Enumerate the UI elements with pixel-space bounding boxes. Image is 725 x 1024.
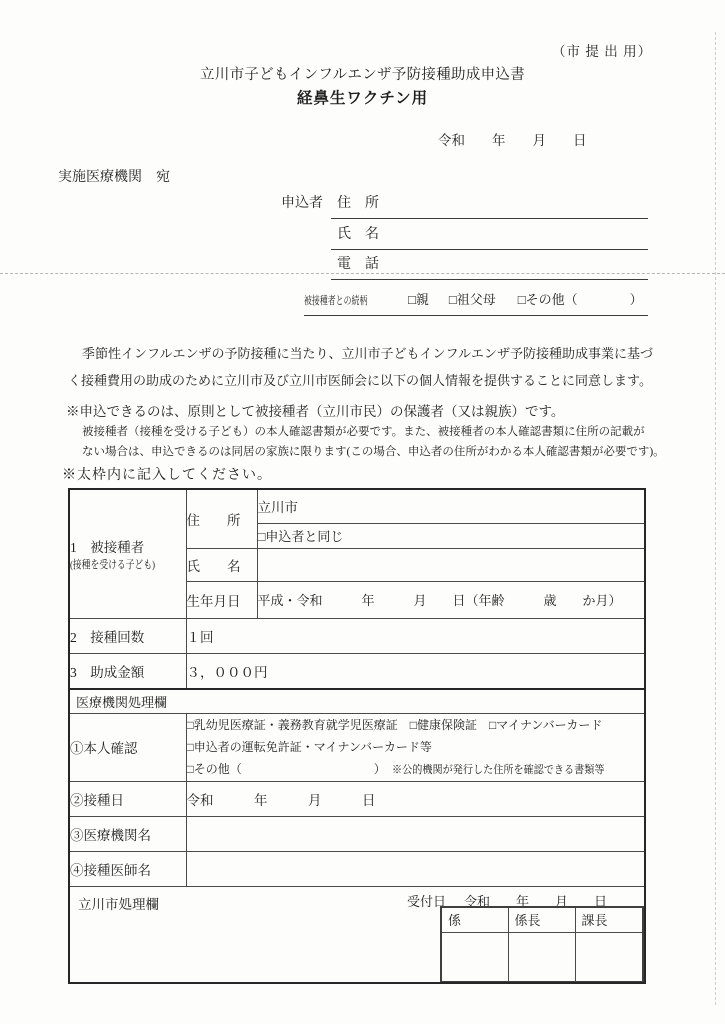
dose-count-value: １回 bbox=[187, 630, 214, 645]
name-value-cell bbox=[257, 548, 645, 581]
clinic-section-header-cell: 医療機関処理欄 bbox=[69, 689, 645, 713]
identity-option-line-3: □その他（ ）※公的機関が発行した住所を確認できる書類等 bbox=[187, 758, 645, 781]
approval-col-staff: 係 bbox=[441, 907, 508, 933]
checkbox-other-document: □その他（ ） bbox=[187, 762, 386, 776]
approval-stamp-table: 係 係長 課長 bbox=[440, 906, 644, 983]
consent-line-1: 季節性インフルエンザの予防接種に当たり、立川市子どもインフルエンザ予防接種助成事… bbox=[68, 340, 678, 367]
consent-line-2: く接種費用の助成のために立川市及び立川市医師会に以下の個人情報を提供することに同… bbox=[68, 367, 678, 394]
identity-label: ①本人確認 bbox=[70, 741, 138, 756]
clinic-name-value-cell bbox=[186, 816, 645, 851]
identity-option-line-2: □申込者の運転免許証・マイナンバーカード等 bbox=[187, 736, 645, 758]
scanned-form-page: （市 提 出 用） 立川市子どもインフルエンザ予防接種助成申込書 経鼻生ワクチン… bbox=[0, 0, 725, 1024]
applicant-phone-field: 電 話 bbox=[331, 253, 648, 280]
clinic-section-header: 医療機関処理欄 bbox=[76, 695, 167, 710]
address-label: 住 所 bbox=[187, 513, 241, 528]
subsidy-value-cell: ３，０００円 bbox=[186, 653, 645, 689]
page-title: 立川市子どもインフルエンザ予防接種助成申込書 bbox=[0, 63, 725, 84]
checkbox-drivers-license: □申込者の運転免許証・マイナンバーカード等 bbox=[187, 740, 432, 754]
approval-header-row: 係 係長 課長 bbox=[441, 907, 643, 933]
subsidy-value: ３，０００円 bbox=[187, 665, 268, 680]
dose-count-label: 2 接種回数 bbox=[70, 630, 144, 645]
checkbox-medical-certificate: □乳幼児医療証・義務教育就学児医療証 bbox=[187, 718, 398, 732]
application-table: 1 被接種者 (接種を受ける子ども) 住 所 立川市 □申込者と同じ 氏 名 bbox=[68, 488, 646, 984]
city-section-cell: 立川市処理欄 受付日令和 年 月 日 係 係長 課長 bbox=[69, 886, 645, 983]
approval-stamp-cell-manager bbox=[575, 932, 643, 982]
address-city-value: 立川市 bbox=[258, 500, 299, 515]
dob-label: 生年月日 bbox=[187, 594, 241, 609]
recipient-label-cell: 1 被接種者 (接種を受ける子ども) bbox=[69, 489, 186, 618]
subsidy-label: 3 助成金額 bbox=[70, 665, 144, 680]
dob-value: 平成・令和 年 月 日（年齢 歳 か月） bbox=[258, 593, 622, 608]
header-date-line: 令和 年 月 日 bbox=[438, 129, 587, 149]
applicant-name-label: 氏 名 bbox=[331, 227, 379, 242]
applicant-name-field: 氏 名 bbox=[331, 223, 648, 250]
table-row: 医療機関処理欄 bbox=[69, 689, 645, 713]
table-row: 1 被接種者 (接種を受ける子ども) 住 所 立川市 bbox=[69, 489, 645, 523]
vaccination-date-value-cell: 令和 年 月 日 bbox=[186, 781, 645, 816]
recipient-label: 1 被接種者 bbox=[70, 536, 186, 556]
scan-artifact-vertical-line bbox=[715, 32, 716, 1005]
address-same-cell: □申込者と同じ bbox=[257, 523, 645, 548]
relation-option-parent: □親 bbox=[408, 292, 429, 307]
relation-row: 被接種者との続柄□親□祖父母□その他（ ） bbox=[304, 289, 648, 316]
addressee-label: 実施医療機関 宛 bbox=[58, 166, 170, 186]
subsidy-label-cell: 3 助成金額 bbox=[69, 653, 186, 689]
relation-option-other: □その他（ ） bbox=[518, 292, 643, 307]
relation-label: 被接種者との続柄 bbox=[304, 292, 367, 308]
doctor-name-label: ④接種医師名 bbox=[70, 863, 151, 878]
scan-artifact-horizontal-line bbox=[0, 273, 725, 274]
doctor-name-value-cell bbox=[186, 851, 645, 886]
doctor-name-label-cell: ④接種医師名 bbox=[69, 851, 186, 886]
dob-value-cell: 平成・令和 年 月 日（年齢 歳 か月） bbox=[257, 581, 645, 618]
vaccination-date-value: 令和 年 月 日 bbox=[187, 793, 376, 808]
table-row: ④接種医師名 bbox=[69, 851, 645, 886]
dob-label-cell: 生年月日 bbox=[186, 581, 257, 618]
relation-option-grandparent: □祖父母 bbox=[449, 292, 496, 307]
approval-stamp-row bbox=[441, 932, 643, 982]
identity-options-cell: □乳幼児医療証・義務教育就学児医療証□健康保険証□マイナンバーカード □申込者の… bbox=[186, 713, 645, 781]
table-row: ①本人確認 □乳幼児医療証・義務教育就学児医療証□健康保険証□マイナンバーカード… bbox=[69, 713, 645, 781]
identity-label-cell: ①本人確認 bbox=[69, 713, 186, 781]
dose-count-value-cell: １回 bbox=[186, 618, 645, 653]
consent-paragraph: 季節性インフルエンザの予防接種に当たり、立川市子どもインフルエンザ予防接種助成事… bbox=[68, 340, 678, 394]
table-row: 2 接種回数 １回 bbox=[69, 618, 645, 653]
table-row: ③医療機関名 bbox=[69, 816, 645, 851]
name-label-cell: 氏 名 bbox=[186, 548, 257, 581]
note-eligibility: ※申込できるのは、原則として被接種者（立川市民）の保護者（又は親族）です。 bbox=[66, 400, 564, 420]
checkbox-mynumber-card: □マイナンバーカード bbox=[489, 718, 602, 732]
note-eligibility-detail-1: 被接種者（接種を受ける子ども）の本人確認書類が必要です。また、被接種者の本人確認… bbox=[82, 423, 645, 439]
vaccination-date-label-cell: ②接種日 bbox=[69, 781, 186, 816]
identity-other-note: ※公的機関が発行した住所を確認できる書類等 bbox=[392, 759, 605, 781]
clinic-name-label: ③医療機関名 bbox=[70, 828, 151, 843]
name-label: 氏 名 bbox=[187, 559, 241, 574]
applicant-address-label: 住 所 bbox=[331, 196, 379, 211]
address-city-cell: 立川市 bbox=[257, 489, 645, 523]
recipient-sublabel: (接種を受ける子ども) bbox=[70, 556, 155, 572]
corner-note: （市 提 出 用） bbox=[552, 40, 652, 60]
approval-stamp-cell-chief bbox=[508, 932, 575, 982]
note-bold-frame: ※太枠内に記入してください。 bbox=[62, 464, 272, 484]
approval-col-manager: 課長 bbox=[575, 907, 643, 933]
checkbox-health-insurance: □健康保険証 bbox=[410, 718, 477, 732]
table-row: 立川市処理欄 受付日令和 年 月 日 係 係長 課長 bbox=[69, 886, 645, 983]
applicant-address-field: 住 所 bbox=[331, 192, 648, 219]
identity-option-line-1: □乳幼児医療証・義務教育就学児医療証□健康保険証□マイナンバーカード bbox=[187, 714, 645, 736]
applicant-phone-label: 電 話 bbox=[331, 257, 379, 272]
approval-col-chief: 係長 bbox=[508, 907, 575, 933]
clinic-name-label-cell: ③医療機関名 bbox=[69, 816, 186, 851]
address-label-cell: 住 所 bbox=[186, 489, 257, 548]
city-section-label: 立川市処理欄 bbox=[78, 893, 159, 913]
dose-count-label-cell: 2 接種回数 bbox=[69, 618, 186, 653]
approval-stamp-cell-staff bbox=[441, 932, 508, 982]
vaccination-date-label: ②接種日 bbox=[70, 793, 124, 808]
table-row: ②接種日 令和 年 月 日 bbox=[69, 781, 645, 816]
table-row: 3 助成金額 ３，０００円 bbox=[69, 653, 645, 689]
applicant-label: 申込者 bbox=[281, 192, 323, 212]
page-subtitle: 経鼻生ワクチン用 bbox=[0, 86, 725, 108]
same-as-applicant-checkbox: □申込者と同じ bbox=[258, 529, 344, 544]
note-eligibility-detail-2: ない場合は、申込できるのは同居の家族に限ります(この場合、申込者の住所がわかる本… bbox=[82, 443, 665, 459]
